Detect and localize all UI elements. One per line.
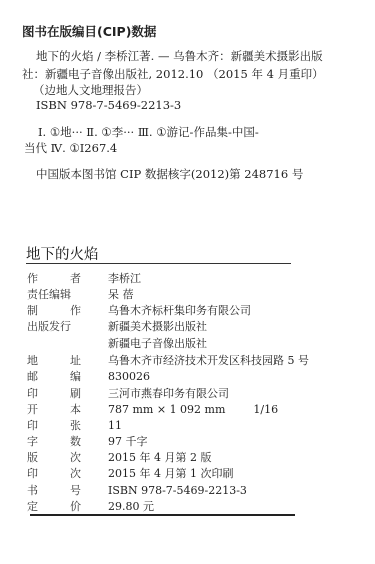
cip-verification: 中国版本图书馆 CIP 数据核字(2012)第 248716 号 [36,166,303,182]
cip-classification-2: 当代 Ⅳ. ①I267.4 [24,140,117,156]
value: 2015 年 4 月第 1 次印刷 [81,465,233,481]
label: 编 [70,368,81,384]
field-editor: 责任编辑 呆 蓓 [27,286,134,302]
label: 张 [70,417,81,433]
cip-line-1: 地下的火焰 / 李桥江著. — 乌鲁木齐：新疆美术摄影出版 [36,48,323,64]
label: 字 [27,433,38,449]
label: 者 [70,270,81,286]
book-title: 地下的火焰 [26,243,99,264]
field-edition: 版次 2015 年 4 月第 2 版 [27,449,211,465]
label: 作 [27,270,38,286]
label: 地 [27,352,38,368]
label: 责任编辑 [27,286,71,302]
cip-isbn: ISBN 978-7-5469-2213-3 [36,98,181,112]
field-format: 开本 787 mm × 1 092 mm 1/16 [27,401,278,417]
value: 2015 年 4 月第 2 版 [81,449,211,465]
label: 书 [27,482,38,498]
label: 开 [27,401,38,417]
label: 作 [70,302,81,318]
label: 号 [70,482,81,498]
label: 次 [70,449,81,465]
cip-line-2: 社：新疆电子音像出版社, 2012.10 （2015 年 4 月重印） [22,66,324,82]
field-address: 地址 乌鲁木齐市经济技术开发区科技园路 5 号 [27,352,309,368]
field-sheets: 印张 11 [27,417,122,433]
field-printing: 印次 2015 年 4 月第 1 次印刷 [27,465,233,481]
value: 乌鲁木齐标杆集印务有限公司 [81,302,251,318]
field-publisher-2: 新疆电子音像出版社 [27,335,207,351]
cip-heading: 图书在版编目(CIP)数据 [22,22,156,40]
label: 印 [27,465,38,481]
field-production: 制作 乌鲁木齐标杆集印务有限公司 [27,302,251,318]
label: 印 [27,417,38,433]
value: 97 千字 [81,433,148,449]
label: 印 [27,385,38,401]
value: 乌鲁木齐市经济技术开发区科技园路 5 号 [81,352,309,368]
value: ISBN 978-7-5469-2213-3 [81,484,247,497]
title-divider [26,263,291,264]
label: 刷 [70,385,81,401]
field-publisher: 出版发行 新疆美术摄影出版社 [27,318,207,334]
field-printer: 印刷 三河市燕春印务有限公司 [27,385,229,401]
field-postcode: 邮编 830026 [27,368,150,384]
value: 29.80 元 [81,498,154,514]
label: 定 [27,498,38,514]
value: 787 mm × 1 092 mm [81,403,225,416]
field-isbn: 书号 ISBN 978-7-5469-2213-3 [27,482,247,498]
field-author: 作者 李桥江 [27,270,141,286]
value: 呆 蓓 [81,286,134,302]
value: 11 [81,419,122,432]
label: 数 [70,433,81,449]
value: 李桥江 [81,270,141,286]
value: 830026 [81,370,150,383]
label: 价 [70,498,81,514]
label: 版 [27,449,38,465]
field-word-count: 字数 97 千字 [27,433,148,449]
value: 新疆电子音像出版社 [81,335,207,351]
label: 址 [70,352,81,368]
label: 邮 [27,368,38,384]
field-price: 定价 29.80 元 [27,498,154,514]
value: 三河市燕春印务有限公司 [81,385,229,401]
label: 出版发行 [27,318,71,334]
format-fraction: 1/16 [253,403,278,416]
label: 制 [27,302,38,318]
cip-line-3: （边地人文地理报告） [33,82,148,98]
bottom-divider [30,514,295,516]
value: 新疆美术摄影出版社 [81,318,207,334]
label: 本 [70,401,81,417]
cip-classification-1: Ⅰ. ①地··· Ⅱ. ①李··· Ⅲ. ①游记-作品集-中国- [38,124,259,140]
label: 次 [70,465,81,481]
